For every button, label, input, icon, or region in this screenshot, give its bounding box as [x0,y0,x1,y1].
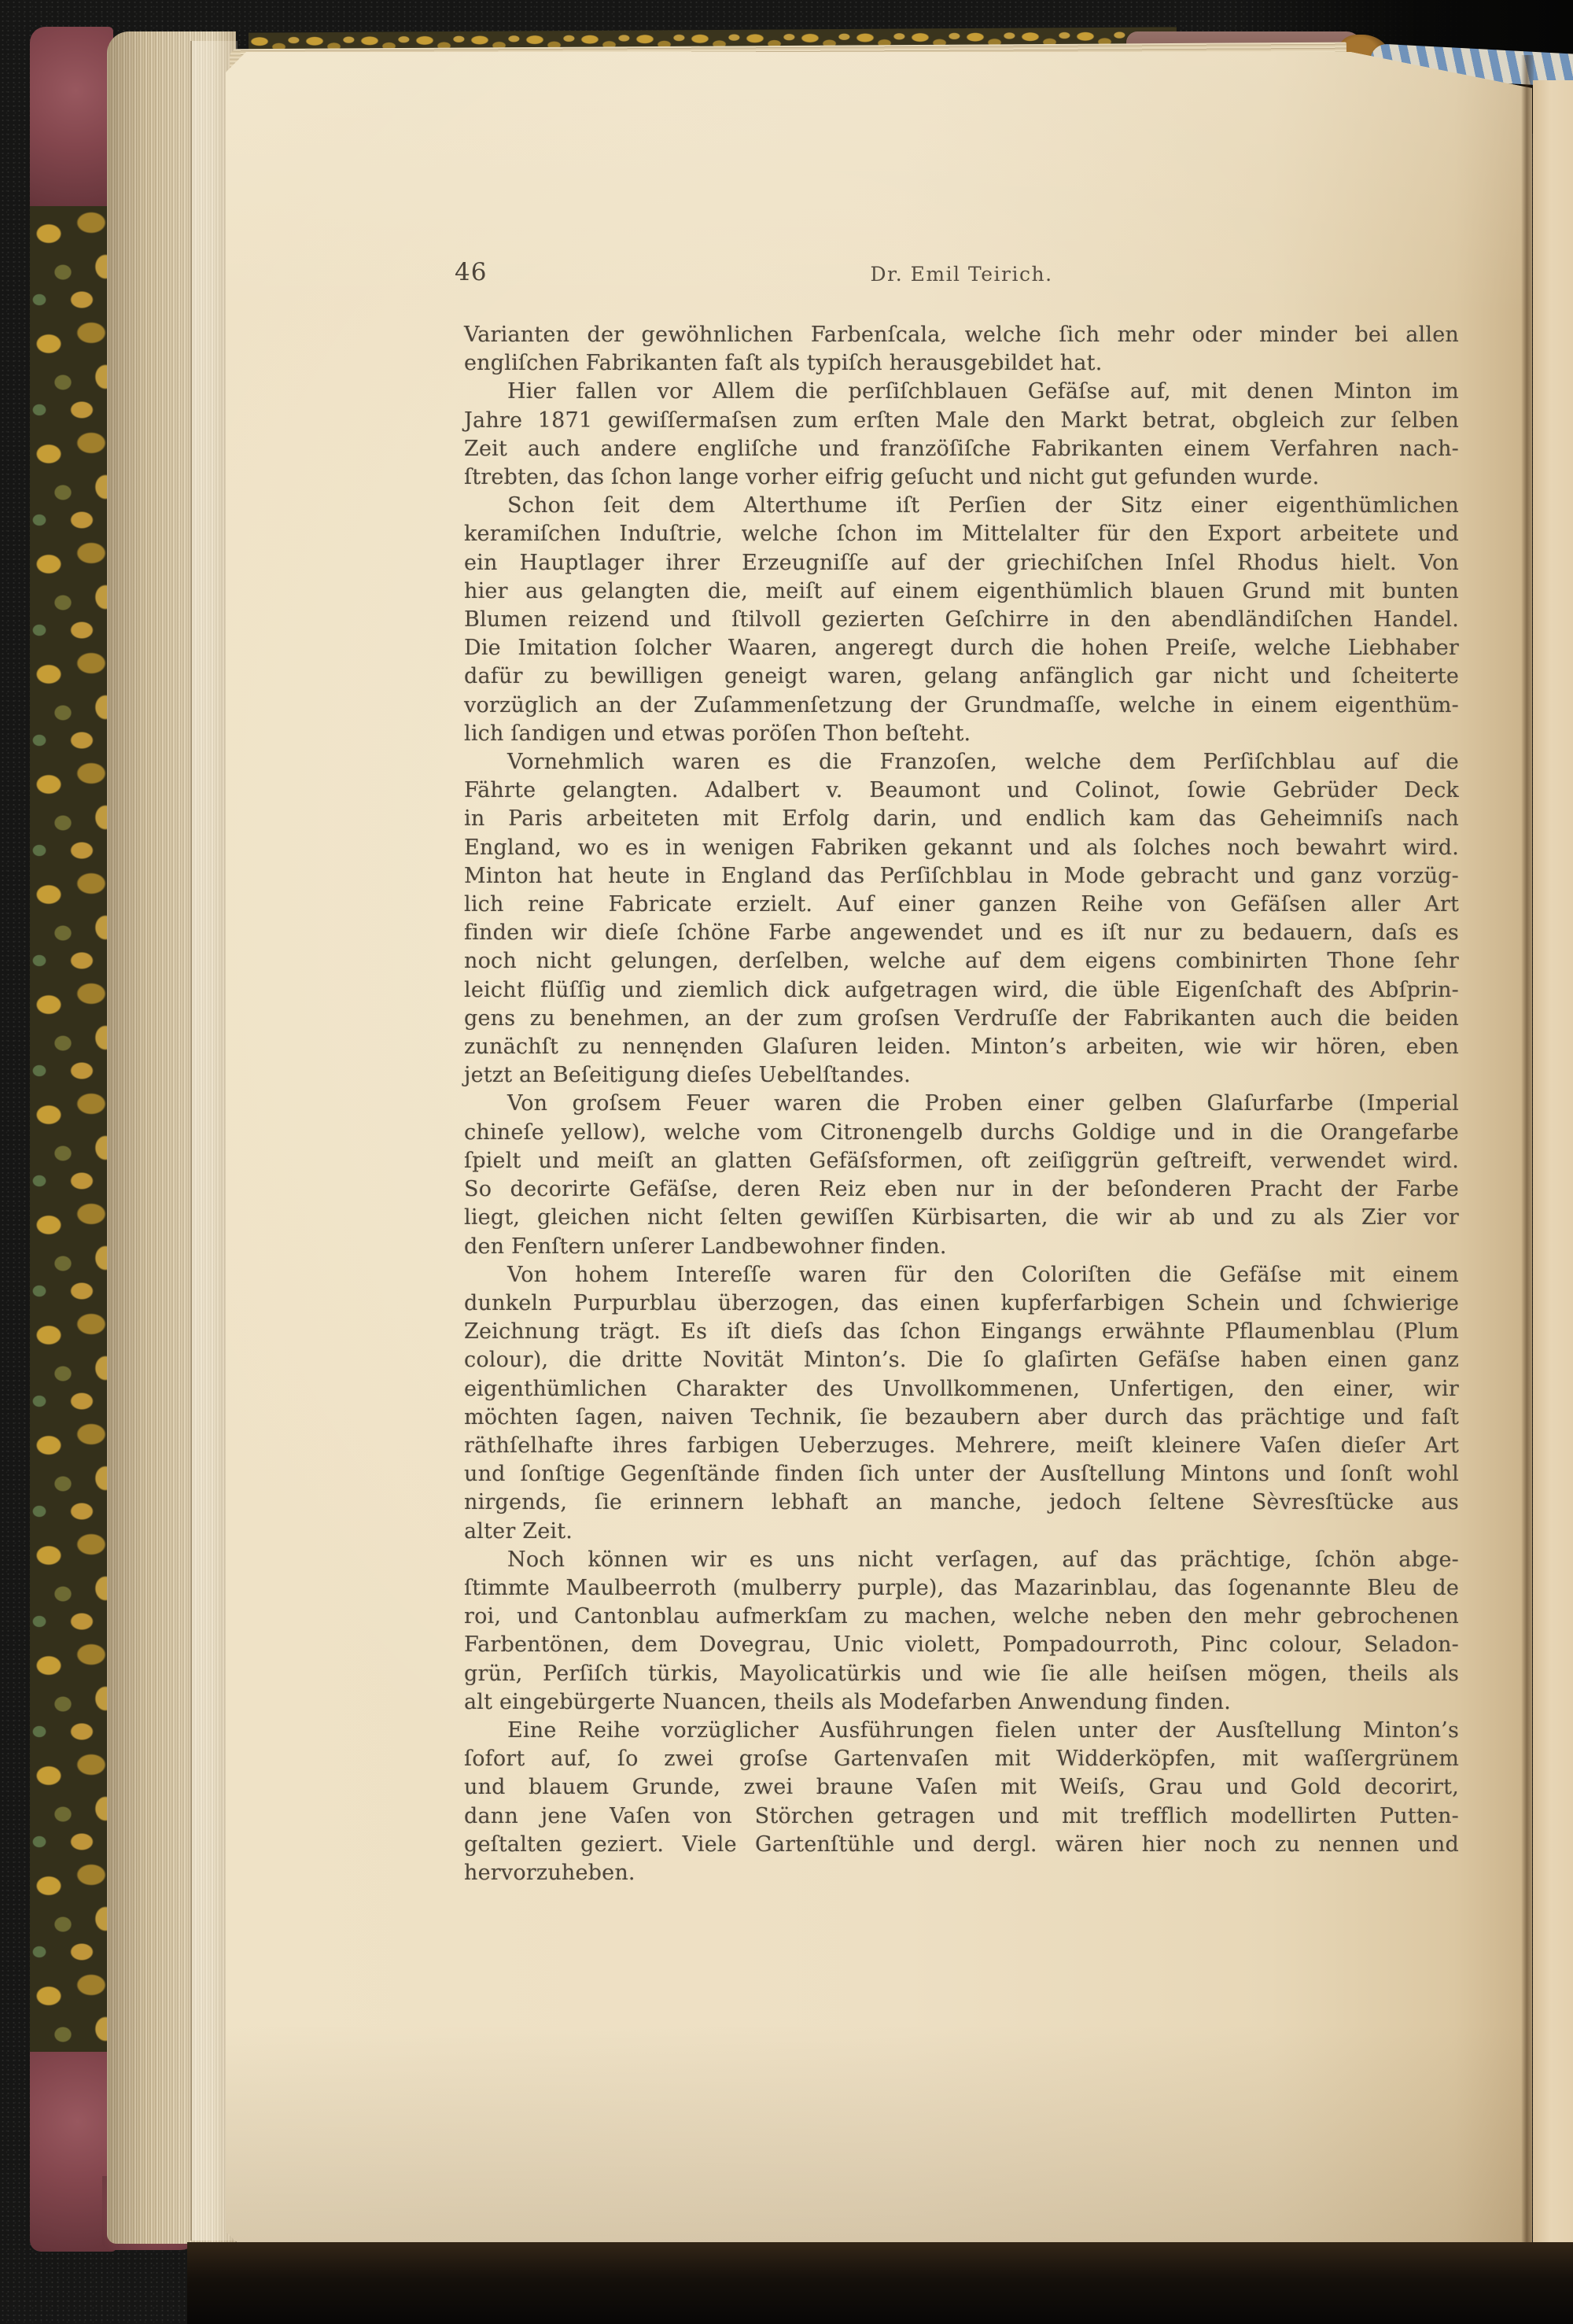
text-line: Jahre 1871 gewiſſermaſsen zum erſten Mal… [464,407,1459,435]
gutter-fold [1521,55,1534,2245]
text-line: möchten ſagen, naiven Technik, ſie bezau… [464,1404,1459,1432]
text-line: Hier fallen vor Allem die perſiſchblauen… [464,378,1459,406]
cover-leather-corner-top [30,27,113,209]
text-line: noch nicht gelungen, derſelben, welche a… [464,947,1459,976]
text-line: alt eingebürgerte Nuancen, theils als Mo… [464,1688,1459,1717]
cover-marbled-board-edge [30,206,112,2055]
text-line: Fährte gelangten. Adalbert v. Beaumont u… [464,777,1459,805]
text-line: räthſelhafte ihres farbigen Ueberzuges. … [464,1432,1459,1460]
text-line: lich reine Fabricate erzielt. Auf einer … [464,891,1459,919]
text-line: keramiſchen Induſtrie, welche ſchon im M… [464,520,1459,548]
text-line: hervorzuheben. [464,1859,1459,1887]
text-line: Blumen reizend und ſtilvoll gezierten Ge… [464,606,1459,634]
text-line: zunächſt zu nennęnden Glaſuren leiden. M… [464,1033,1459,1061]
paragraph: Vornehmlich waren es die Franzoſen, welc… [464,748,1459,1090]
text-line: ſpielt und meiſt an glatten Gefäſsformen… [464,1147,1459,1175]
text-line: ſtrebten, das ſchon lange vorher eifrig … [464,463,1459,492]
text-line: nirgends, ſie erinnern lebhaft an manche… [464,1488,1459,1517]
text-line: Varianten der gewöhnlichen Farbenſcala, … [464,321,1459,349]
text-line: colour), die dritte Novität Minton’s. Di… [464,1346,1459,1374]
text-column: Varianten der gewöhnlichen Farbenſcala, … [464,321,1459,1887]
text-line: So decorirte Gefäſse, deren Reiz eben nu… [464,1175,1459,1204]
paragraph: Von groſsem Feuer waren die Proben einer… [464,1090,1459,1260]
text-line: ſtimmte Maulbeerroth (mulberry purple), … [464,1574,1459,1603]
text-line: Vornehmlich waren es die Franzoſen, welc… [464,748,1459,777]
text-line: und ſonſtige Gegenſtände finden ſich unt… [464,1460,1459,1488]
text-line: Von hohem Intereſſe waren für den Colori… [464,1261,1459,1289]
text-line: ſofort auf, ſo zwei groſse Gartenvaſen m… [464,1745,1459,1773]
text-line: jetzt an Beſeitigung dieſes Uebelſtandes… [464,1061,1459,1090]
text-line: hier aus gelangten die, meiſt auf einem … [464,577,1459,606]
text-line: Noch können wir es uns nicht verſagen, a… [464,1546,1459,1574]
text-line: England, wo es in wenigen Fabriken gekan… [464,834,1459,862]
text-line: Die Imitation ſolcher Waaren, angeregt d… [464,634,1459,662]
text-line: Von groſsem Feuer waren die Proben einer… [464,1090,1459,1118]
text-line: roi, und Cantonblau aufmerkſam zu machen… [464,1603,1459,1631]
text-line: ein Hauptlager ihrer Erzeugniſſe auf der… [464,549,1459,577]
text-line: leicht flüſſig und ziemlich dick aufgetr… [464,976,1459,1005]
facing-page-sliver [1533,80,1573,2242]
text-line: Farbentönen, dem Dovegrau, Unic violett,… [464,1631,1459,1659]
text-line: Zeichnung trägt. Es iſt dieſs das ſchon … [464,1318,1459,1346]
text-line: lich ſandigen und etwas poröſen Thon beſ… [464,720,1459,748]
text-line: dafür zu bewilligen geneigt waren, gelan… [464,662,1459,691]
paragraph: Varianten der gewöhnlichen Farbenſcala, … [464,321,1459,378]
bottom-shadow [187,2242,1573,2324]
text-line: chineſe yellow), welche vom Citronengelb… [464,1119,1459,1147]
text-line: geſtalten geziert. Viele Gartenſtühle un… [464,1831,1459,1859]
text-line: Zeit auch andere engliſche und franzöſiſ… [464,435,1459,463]
text-line: eigenthümlichen Charakter des Unvollkomm… [464,1375,1459,1404]
paragraph: Noch können wir es uns nicht verſagen, a… [464,1546,1459,1717]
text-line: vorzüglich an der Zuſammenſetzung der Gr… [464,692,1459,720]
paragraph: Von hohem Intereſſe waren für den Colori… [464,1261,1459,1546]
text-line: grün, Perſiſch türkis, Mayolicatürkis un… [464,1660,1459,1688]
text-line: Eine Reihe vorzüglicher Ausführungen fie… [464,1717,1459,1745]
running-head: Dr. Emil Teirich. [464,263,1459,286]
text-line: dann jene Vaſen von Störchen getragen un… [464,1802,1459,1831]
text-line: gens zu benehmen, an der zum groſsen Ver… [464,1005,1459,1033]
text-line: engliſchen Fabrikanten faſt als typiſch … [464,349,1459,378]
paragraph: Hier fallen vor Allem die perſiſchblauen… [464,378,1459,492]
text-line: liegt, gleichen nicht ſelten gewiſſen Kü… [464,1204,1459,1232]
text-line: in Paris arbeiteten mit Erfolg darin, un… [464,805,1459,833]
text-line: finden wir dieſe ſchöne Farbe angewendet… [464,919,1459,947]
paragraph: Schon ſeit dem Alterthume iſt Perſien de… [464,492,1459,748]
text-line: Schon ſeit dem Alterthume iſt Perſien de… [464,492,1459,520]
book-scan: 46 Dr. Emil Teirich. Varianten der gewöh… [0,0,1573,2324]
text-line: und blauem Grunde, zwei braune Vaſen mit… [464,1773,1459,1802]
text-line: dunkeln Purpurblau überzogen, das einen … [464,1289,1459,1318]
text-line: den Fenſtern unſerer Landbewohner finden… [464,1233,1459,1261]
text-line: Minton hat heute in England das Perſiſch… [464,862,1459,891]
paragraph: Eine Reihe vorzüglicher Ausführungen fie… [464,1717,1459,1887]
text-line: alter Zeit. [464,1518,1459,1546]
